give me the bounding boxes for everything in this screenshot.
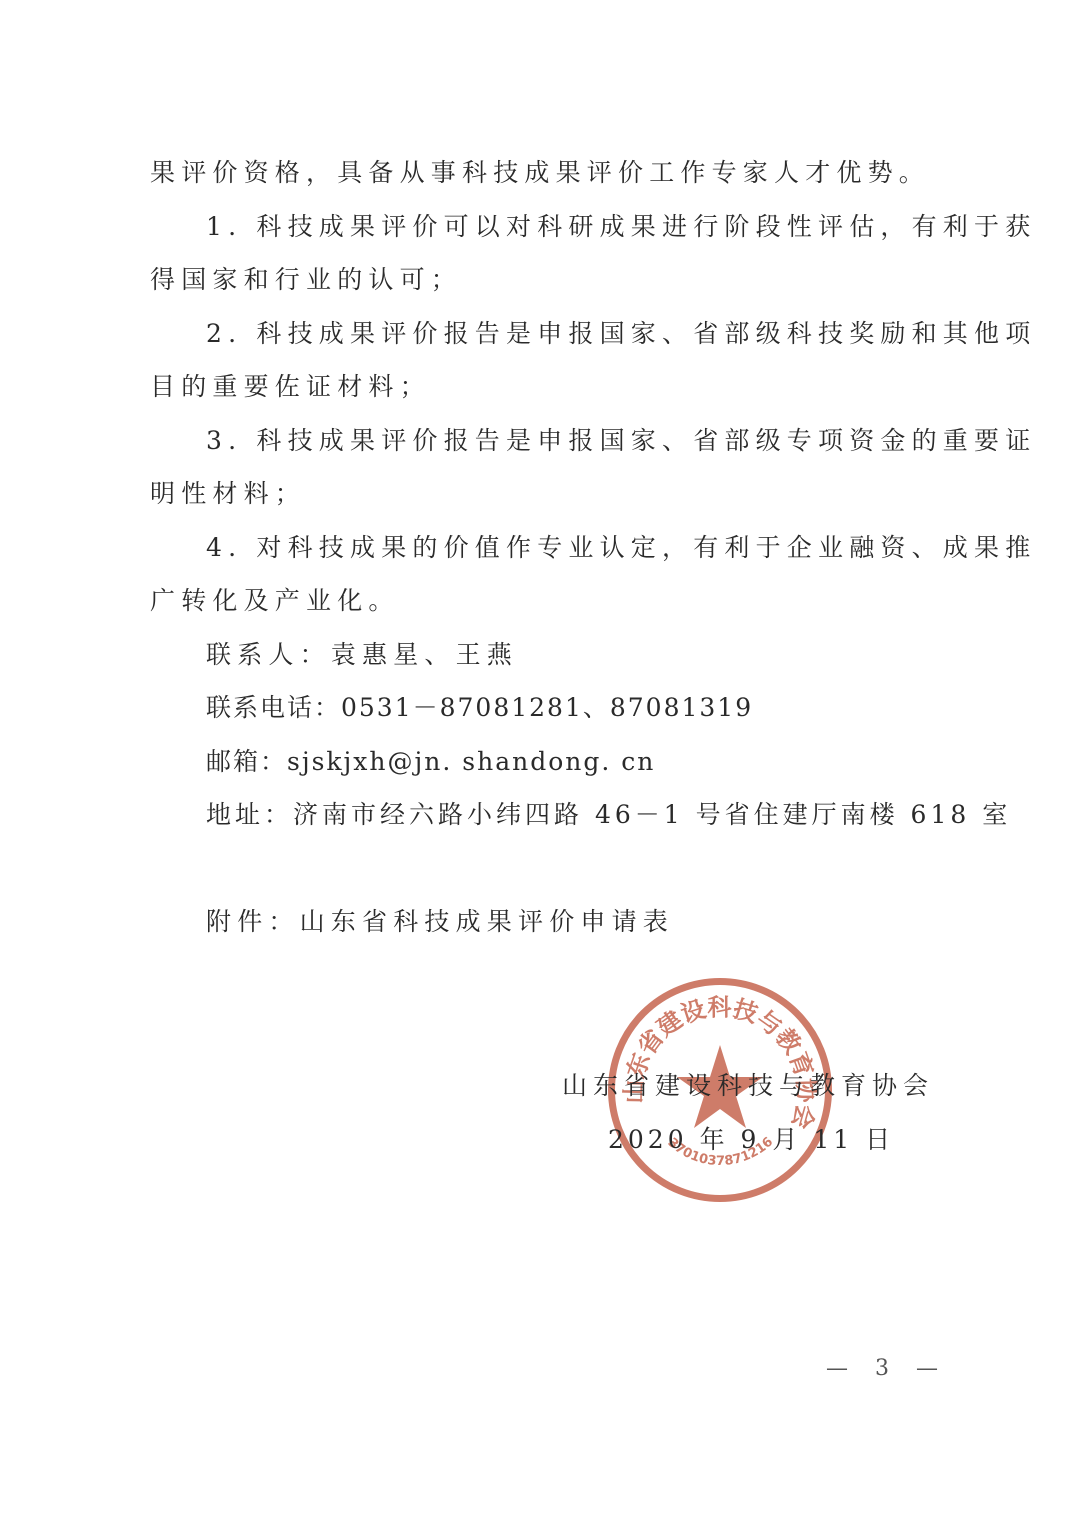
contact-email: 邮箱：sjskjxh@jn. shandong. cn: [206, 747, 655, 777]
contact-address: 地址：济南市经六路小纬四路 46－1 号省住建厅南楼 618 室: [206, 800, 1011, 830]
list-item-2: 2. 科技成果评价报告是申报国家、省部级科技奖励和其他项: [206, 319, 1036, 349]
page-number: — 3 —: [826, 1356, 948, 1381]
paragraph-line: 广转化及产业化。: [150, 586, 400, 616]
paragraph-line: 明性材料；: [150, 479, 306, 509]
list-item-3: 3. 科技成果评价报告是申报国家、省部级专项资金的重要证: [206, 426, 1036, 456]
list-item-1: 1. 科技成果评价可以对科研成果进行阶段性评估，有利于获: [206, 212, 1036, 242]
paragraph-line: 目的重要佐证材料；: [150, 372, 431, 402]
contact-phone: 联系电话：0531－87081281、87081319: [206, 693, 753, 723]
paragraph-line: 得国家和行业的认可；: [150, 265, 462, 295]
paragraph-line: 果评价资格，具备从事科技成果评价工作专家人才优势。: [150, 158, 930, 188]
signature-organization: 山东省建设科技与教育协会: [562, 1066, 934, 1102]
attachment-line: 附件：山东省科技成果评价申请表: [206, 907, 674, 937]
list-item-4: 4. 对科技成果的价值作专业认定，有利于企业融资、成果推: [206, 533, 1036, 563]
signature-date: 2020 年 9 月 11 日: [608, 1120, 894, 1156]
contact-person: 联系人：袁惠星、王燕: [206, 640, 518, 670]
